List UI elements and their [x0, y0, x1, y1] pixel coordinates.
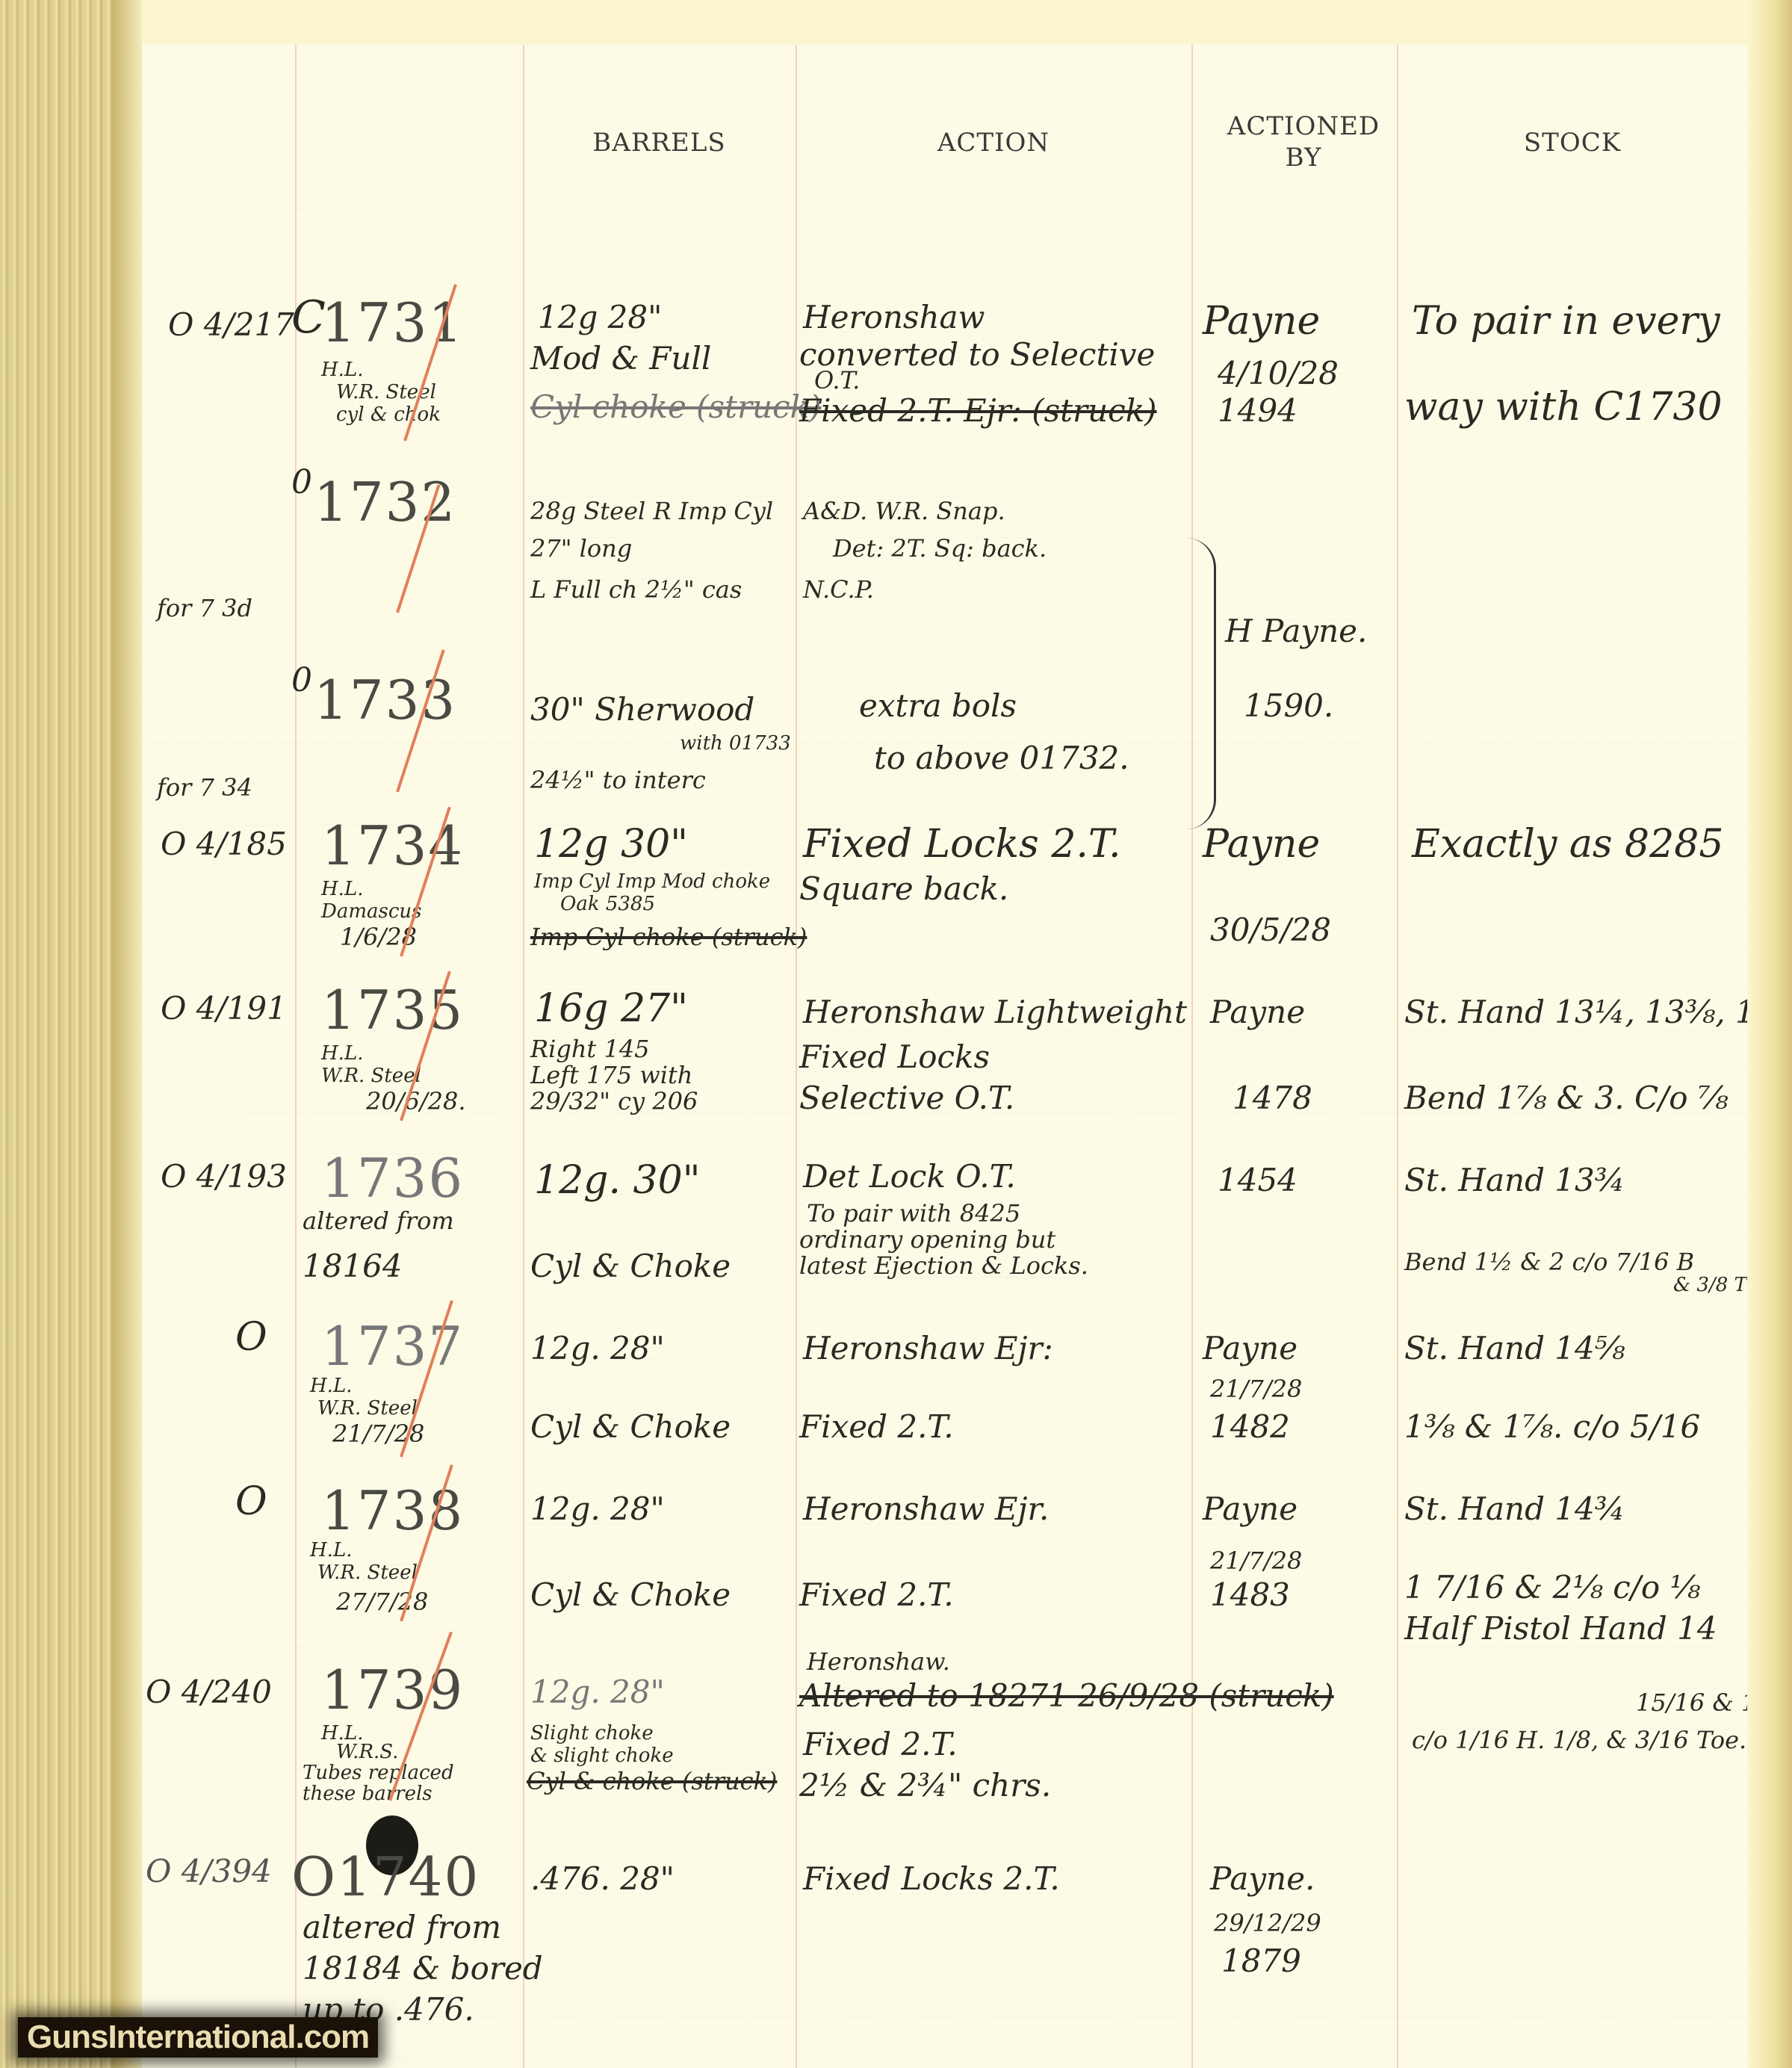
serial-note: 20/6/28.	[366, 1087, 466, 1115]
serial-number: 1739	[321, 1659, 464, 1721]
margin-note: for 7 3d	[157, 594, 252, 622]
stock-line: St. Hand 14⅝	[1404, 1330, 1625, 1366]
action-line: Square back.	[799, 870, 1008, 907]
action-line: to above 01732.	[874, 740, 1129, 776]
column-rule	[295, 45, 297, 2068]
stock-line: St. Hand 14¾	[1404, 1490, 1625, 1527]
serial-number: 1736	[321, 1147, 464, 1210]
action-line: Heronshaw	[803, 299, 985, 335]
serial-note: cyl & chok	[336, 403, 441, 426]
barrels-line: Slight choke	[530, 1722, 654, 1745]
barrels-line-struck: Imp Cyl choke (struck)	[530, 923, 807, 951]
header-stock: STOCK	[1397, 127, 1748, 158]
column-rule	[1191, 45, 1193, 2068]
barrels-line-struck: Cyl & choke (struck)	[527, 1767, 777, 1795]
actioned-by-number: 1494	[1218, 392, 1298, 429]
stock-line: way with C1730	[1404, 385, 1723, 430]
action-line: N.C.P.	[803, 575, 874, 604]
serial-note: altered from	[303, 1207, 454, 1235]
ledger-page: BARRELS ACTION ACTIONED BY STOCK O 4/217…	[142, 45, 1748, 2068]
barrels-line: Cyl & Choke	[530, 1576, 731, 1613]
serial-note: Damascus	[321, 900, 422, 923]
stock-line: 1 7/16 & 2⅛ c/o ⅛	[1404, 1569, 1700, 1606]
actioned-by-name: Payne.	[1210, 1860, 1315, 1897]
serial-note: H.L.	[310, 1539, 352, 1561]
margin-note: O 4/191	[161, 990, 287, 1027]
stock-line: 1⅜ & 1⅞. c/o 5/16	[1404, 1408, 1700, 1445]
actioned-by-date: 21/7/28	[1210, 1547, 1302, 1575]
actioned-by-name: Payne	[1203, 299, 1320, 344]
serial-number: 1732	[314, 471, 456, 533]
action-line: Selective O.T.	[799, 1080, 1014, 1116]
serial-note: 27/7/28	[336, 1588, 428, 1616]
stock-line: Bend 1⅞ & 3. C/o ⅞	[1404, 1080, 1729, 1116]
barrels-line: .476. 28"	[530, 1860, 675, 1897]
barrels-line: Imp Cyl Imp Mod choke	[534, 870, 770, 893]
column-rule	[523, 45, 524, 2068]
actioned-by-date: 30/5/28	[1210, 911, 1331, 948]
actioned-by-number: 1879	[1221, 1942, 1301, 1979]
actioned-by-date: 4/10/28	[1218, 355, 1339, 391]
action-line: O.T.	[814, 366, 860, 394]
barrels-line: 24½" to interc	[530, 766, 706, 794]
actioned-by-number: 1454	[1218, 1162, 1298, 1198]
barrels-line: Cyl & Choke	[530, 1408, 731, 1445]
serial-note: Tubes replaced	[303, 1762, 454, 1784]
stock-line: & 3/8 T	[1673, 1274, 1747, 1296]
barrels-line: & slight choke	[530, 1745, 674, 1767]
serial-note: altered from	[303, 1909, 501, 1945]
action-line: Fixed Locks	[799, 1038, 990, 1075]
action-line: Fixed 2.T.	[799, 1576, 954, 1613]
serial-note: H.L.	[310, 1375, 352, 1397]
stock-line: Bend 1½ & 2 c/o 7/16 B	[1404, 1248, 1694, 1276]
action-line: Fixed Locks 2.T.	[803, 822, 1121, 867]
actioned-by-number: 1478	[1233, 1080, 1312, 1116]
stock-line: Exactly as 8285	[1412, 822, 1723, 867]
stock-line: St. Hand 13¾	[1404, 1162, 1625, 1198]
barrels-line: Mod & Full	[530, 340, 711, 377]
action-line: latest Ejection & Locks.	[799, 1251, 1088, 1280]
header-barrels: BARRELS	[523, 127, 796, 158]
barrels-line: 27" long	[530, 534, 632, 563]
book-right-edge	[1747, 0, 1792, 2068]
action-line: To pair with 8425	[807, 1199, 1020, 1228]
actioned-by-date: 29/12/29	[1214, 1909, 1321, 1937]
serial-note: 18184 & bored	[303, 1950, 543, 1987]
action-line: Det: 2T. Sq: back.	[833, 534, 1047, 563]
serial-note: 18164	[303, 1248, 403, 1284]
column-rule	[796, 45, 797, 2068]
barrels-line: 12g 28"	[538, 299, 662, 335]
margin-note: for 7 34	[157, 773, 252, 802]
barrels-line: 12g. 28"	[530, 1330, 665, 1366]
margin-note: O 4/185	[161, 826, 287, 862]
margin-note: O 4/217	[168, 306, 294, 343]
header-actioned-by: ACTIONED BY	[1210, 111, 1397, 173]
serial-note: W.R. Steel	[317, 1397, 418, 1420]
margin-note: O	[235, 1315, 267, 1360]
serial-note: H.L.	[321, 359, 363, 381]
book-gutter	[112, 0, 142, 2068]
actioned-by-name: Payne	[1203, 1490, 1298, 1527]
action-line: Fixed 2.T.	[803, 1726, 958, 1762]
serial-note: H.L.	[321, 878, 363, 900]
serial-number: O1740	[291, 1845, 480, 1908]
action-line: Heronshaw Lightweight	[803, 994, 1187, 1030]
watermark-logo: GunsInternational.com	[18, 2017, 378, 2058]
actioned-by-number: 1482	[1210, 1408, 1290, 1445]
barrels-line: 12g. 28"	[530, 1674, 665, 1710]
barrels-line: 12g. 28"	[530, 1490, 665, 1527]
margin-note: O 4/193	[161, 1158, 287, 1195]
margin-note: O 4/240	[146, 1674, 272, 1710]
actioned-by-date: 21/7/28	[1210, 1375, 1302, 1403]
stock-line: St. Hand 13¼, 13⅜, 13⅜	[1404, 994, 1792, 1030]
action-line: Heronshaw Ejr:	[803, 1330, 1053, 1366]
serial-note: H.L.	[321, 1042, 363, 1065]
barrels-line: with 01733	[680, 732, 791, 755]
action-line: Heronshaw Ejr.	[803, 1490, 1049, 1527]
action-line: extra bols	[859, 687, 1017, 724]
barrels-line: 30" Sherwood	[530, 691, 754, 728]
barrels-line: Left 175 with	[530, 1061, 692, 1089]
barrels-line: Oak 5385	[560, 893, 655, 915]
barrels-line: 28g Steel R Imp Cyl	[530, 497, 773, 525]
serial-prefix: 0	[291, 661, 312, 699]
actioned-by-name: H Payne.	[1225, 613, 1367, 649]
action-line-struck: Fixed 2.T. Ejr: (struck)	[799, 392, 1157, 429]
serial-note: these barrels	[303, 1783, 433, 1805]
margin-note: O	[235, 1479, 267, 1524]
stock-line: Half Pistol Hand 14	[1404, 1610, 1717, 1647]
action-line: Det Lock O.T.	[803, 1158, 1016, 1195]
serial-note: W.R.S.	[336, 1741, 398, 1763]
column-rule	[1397, 45, 1398, 2068]
action-line: Heronshaw.	[807, 1647, 950, 1676]
action-line-struck: Altered to 18271 26/9/28 (struck)	[799, 1677, 1334, 1714]
serial-note: W.R. Steel	[321, 1065, 421, 1087]
serial-prefix: 0	[291, 463, 312, 501]
actioned-by-name: Payne	[1210, 994, 1305, 1030]
barrels-line: 12g. 30"	[534, 1158, 701, 1203]
actioned-by-name: Payne	[1203, 822, 1320, 867]
serial-note: W.R. Steel	[317, 1561, 418, 1584]
action-line: Fixed Locks 2.T.	[803, 1860, 1060, 1897]
actioned-by-number: 1483	[1210, 1576, 1290, 1613]
barrels-line: Cyl & Choke	[530, 1248, 731, 1284]
barrels-line: Right 145	[530, 1035, 650, 1063]
barrels-line-struck: Cyl choke (struck)	[530, 388, 821, 425]
header-action: ACTION	[796, 127, 1191, 158]
action-line: ordinary opening but	[799, 1225, 1055, 1254]
margin-note: O 4/394	[146, 1853, 272, 1889]
barrels-line: L Full ch 2½" cas	[530, 575, 742, 604]
barrels-line: 29/32" cy 206	[530, 1087, 698, 1115]
stock-line: c/o 1/16 H. 1/8, & 3/16 Toe.	[1412, 1726, 1746, 1754]
barrels-line: 16g 27"	[534, 986, 688, 1031]
action-line: 2½ & 2¾" chrs.	[799, 1767, 1051, 1804]
grouping-brace	[1184, 538, 1216, 829]
stock-line: To pair in every	[1412, 299, 1720, 344]
action-line: Fixed 2.T.	[799, 1408, 954, 1445]
actioned-by-name: Payne	[1203, 1330, 1298, 1366]
action-line: A&D. W.R. Snap.	[803, 497, 1005, 525]
actioned-by-number: 1590.	[1244, 687, 1333, 724]
barrels-line: 12g 30"	[534, 822, 688, 867]
